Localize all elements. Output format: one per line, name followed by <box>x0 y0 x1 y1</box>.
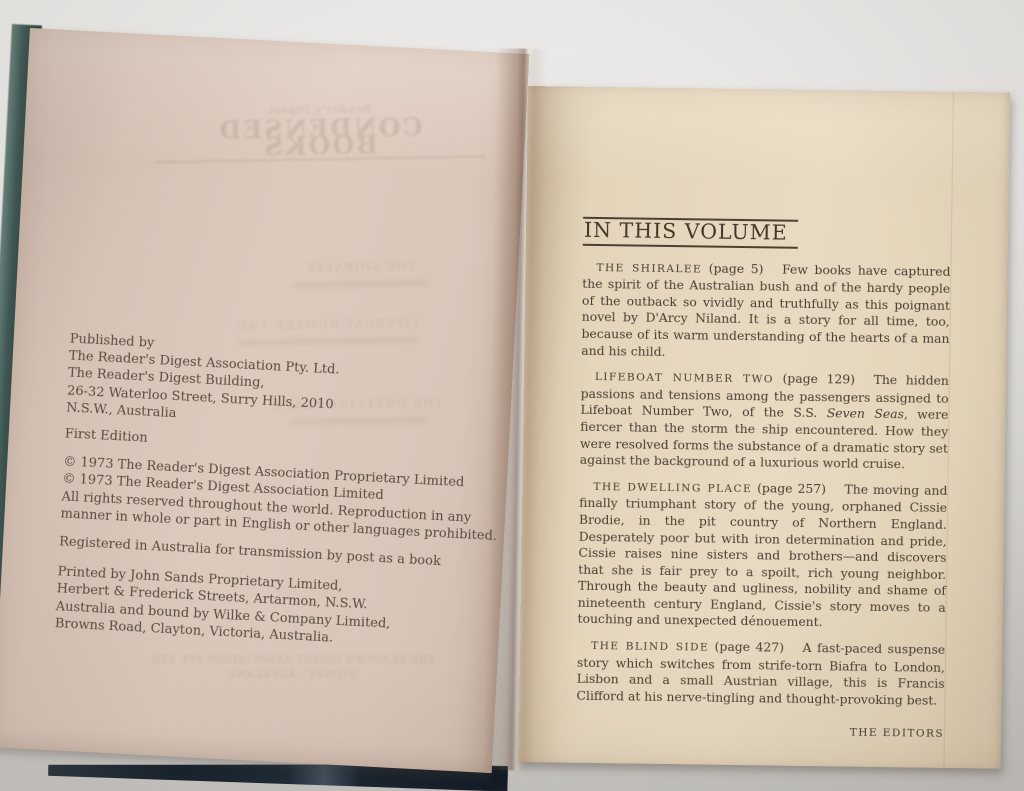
editors-signature: THE EDITORS <box>576 721 944 743</box>
volume-entry-blind-side: THE BLIND SIDE (page 427)A fast-paced su… <box>576 637 945 710</box>
page-title: IN THIS VOLUME <box>583 217 798 249</box>
right-page-content: IN THIS VOLUME THE SHIRALEE (page 5)Few … <box>576 217 951 743</box>
entry-title: THE DWELLING PLACE <box>593 481 752 495</box>
entry-page-ref: (page 427) <box>715 639 785 655</box>
ghost-title-dwelling: THE DWELLING PLACE <box>260 394 455 427</box>
printer-block: Printed by John Sands Proprietary Limite… <box>54 563 501 655</box>
right-page: IN THIS VOLUME THE SHIRALEE (page 5)Few … <box>519 86 1010 769</box>
entry-page-ref: (page 5) <box>709 260 764 276</box>
left-page: Reader's Digest CONDENSED BOOKS THE SHIR… <box>0 28 529 773</box>
ghost-condensed-books-text: CONDENSED BOOKS <box>155 118 486 163</box>
publisher-block: Published by The Reader's Digest Associa… <box>66 31 530 440</box>
entry-title: THE SHIRALEE <box>596 262 702 275</box>
entry-title: THE BLIND SIDE <box>591 640 709 654</box>
entry-description: The moving and finally triumphant story … <box>577 481 947 629</box>
book-photo: Reader's Digest CONDENSED BOOKS THE SHIR… <box>0 0 1024 791</box>
volume-entry-lifeboat: LIFEBOAT NUMBER TWO (page 129)The hidden… <box>580 368 949 474</box>
entry-description: Few books have captured the spirit of th… <box>581 261 950 358</box>
ghost-showthrough-footer: THE READER'S DIGEST ASSOCIATION PTY. LTD… <box>147 653 437 683</box>
entry-ship-name: Seven Seas <box>827 406 904 422</box>
entry-title: LIFEBOAT NUMBER TWO <box>595 371 774 385</box>
entry-page-ref: (page 129) <box>782 371 855 387</box>
entry-page-ref: (page 257) <box>757 480 826 496</box>
ghost-showthrough-header: Reader's Digest CONDENSED BOOKS <box>155 98 486 162</box>
volume-entry-shiralee: THE SHIRALEE (page 5)Few books have capt… <box>581 258 950 364</box>
volume-entry-dwelling-place: THE DWELLING PLACE (page 257)The moving … <box>577 477 947 632</box>
copyright-block: © 1973 The Reader's Digest Association P… <box>60 454 507 546</box>
ghost-title-shiralee: THE SHIRALEE <box>262 257 457 290</box>
ghost-title-lifeboat: LIFEBOAT NUMBER TWO <box>199 314 454 348</box>
left-page-content: Reader's Digest CONDENSED BOOKS THE SHIR… <box>0 28 529 773</box>
